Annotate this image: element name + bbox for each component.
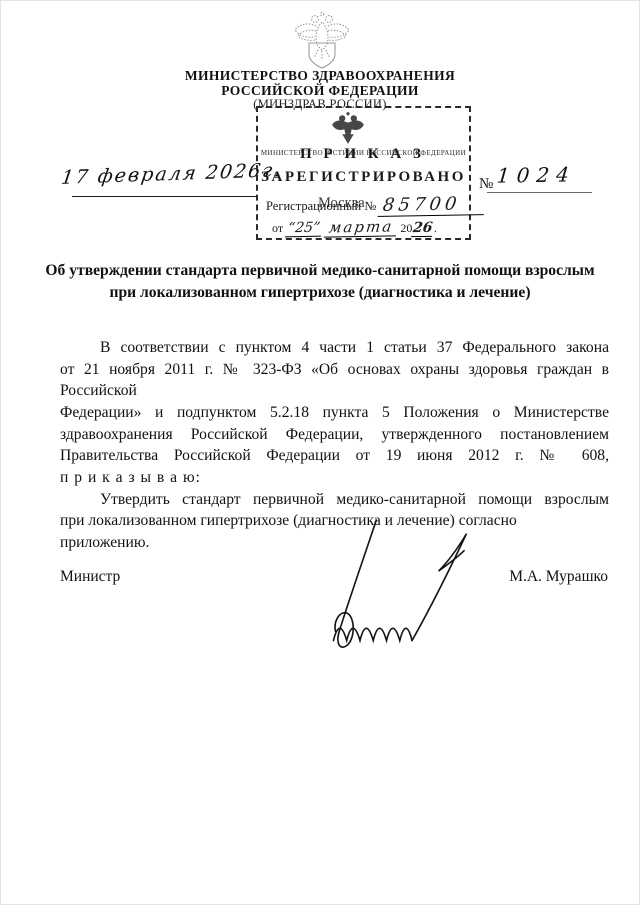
- stamp-date-line: от “25” марта 2026.: [272, 218, 437, 237]
- body-line: от 21 ноября 2011 г. № 323-ФЗ «Об основа…: [60, 359, 609, 402]
- signer-name: М.А. Мурашко: [509, 568, 608, 586]
- order-date-underline: [72, 196, 258, 197]
- body-line: Утвердить стандарт первичной медико-сани…: [60, 489, 609, 511]
- order-number-handwritten: 1024: [496, 162, 577, 187]
- order-title-line2: при локализованном гипертрихозе (диагнос…: [40, 282, 600, 304]
- order-date-handwritten: 17 февраля 2026г.: [60, 159, 284, 189]
- minister-signature: [296, 516, 476, 664]
- body-line: здравоохранения Российской Федерации, ут…: [60, 424, 609, 446]
- stamp-eagle-icon: [330, 111, 366, 147]
- document-page: МИНИСТЕРСТВО ЗДРАВООХРАНЕНИЯ РОССИЙСКОЙ …: [0, 0, 640, 905]
- coat-of-arms-icon: [288, 10, 356, 70]
- ministry-name-line1: МИНИСТЕРСТВО ЗДРАВООХРАНЕНИЯ: [0, 68, 640, 84]
- stamp-registered-label: ЗАРЕГИСТРИРОВАНО: [258, 169, 469, 186]
- stamp-agency-text: МИНИСТЕРСТВО ЮСТИЦИИ РОССИЙСКОЙ ФЕДЕРАЦИ…: [258, 149, 469, 157]
- body-line: Федерации» и подпунктом 5.2.18 пункта 5 …: [60, 402, 609, 424]
- order-title: Об утверждении стандарта первичной медик…: [40, 260, 600, 304]
- stamp-date-month-handwritten: марта: [324, 217, 399, 237]
- order-title-line1: Об утверждении стандарта первичной медик…: [40, 260, 600, 282]
- stamp-reg-number-handwritten: 85700: [378, 193, 487, 217]
- stamp-reg-label: Регистрационный №: [266, 199, 376, 213]
- stamp-registration-number-line: Регистрационный № 85700: [266, 194, 485, 216]
- stamp-date-period: .: [434, 221, 437, 235]
- registration-stamp: МИНИСТЕРСТВО ЮСТИЦИИ РОССИЙСКОЙ ФЕДЕРАЦИ…: [256, 106, 471, 240]
- stamp-date-day-handwritten: “25”: [285, 220, 323, 238]
- stamp-date-prefix: от: [272, 221, 283, 235]
- order-number-underline: [487, 192, 592, 193]
- body-line: Правительства Российской Федерации от 19…: [60, 445, 609, 467]
- order-number-sign: №: [479, 176, 493, 193]
- stamp-date-year-handwritten: 26: [411, 220, 435, 237]
- signer-position: Министр: [60, 568, 120, 586]
- body-line-prikazyvayu: п р и к а з ы в а ю:: [60, 467, 609, 489]
- body-line: В соответствии с пунктом 4 части 1 стать…: [60, 337, 609, 359]
